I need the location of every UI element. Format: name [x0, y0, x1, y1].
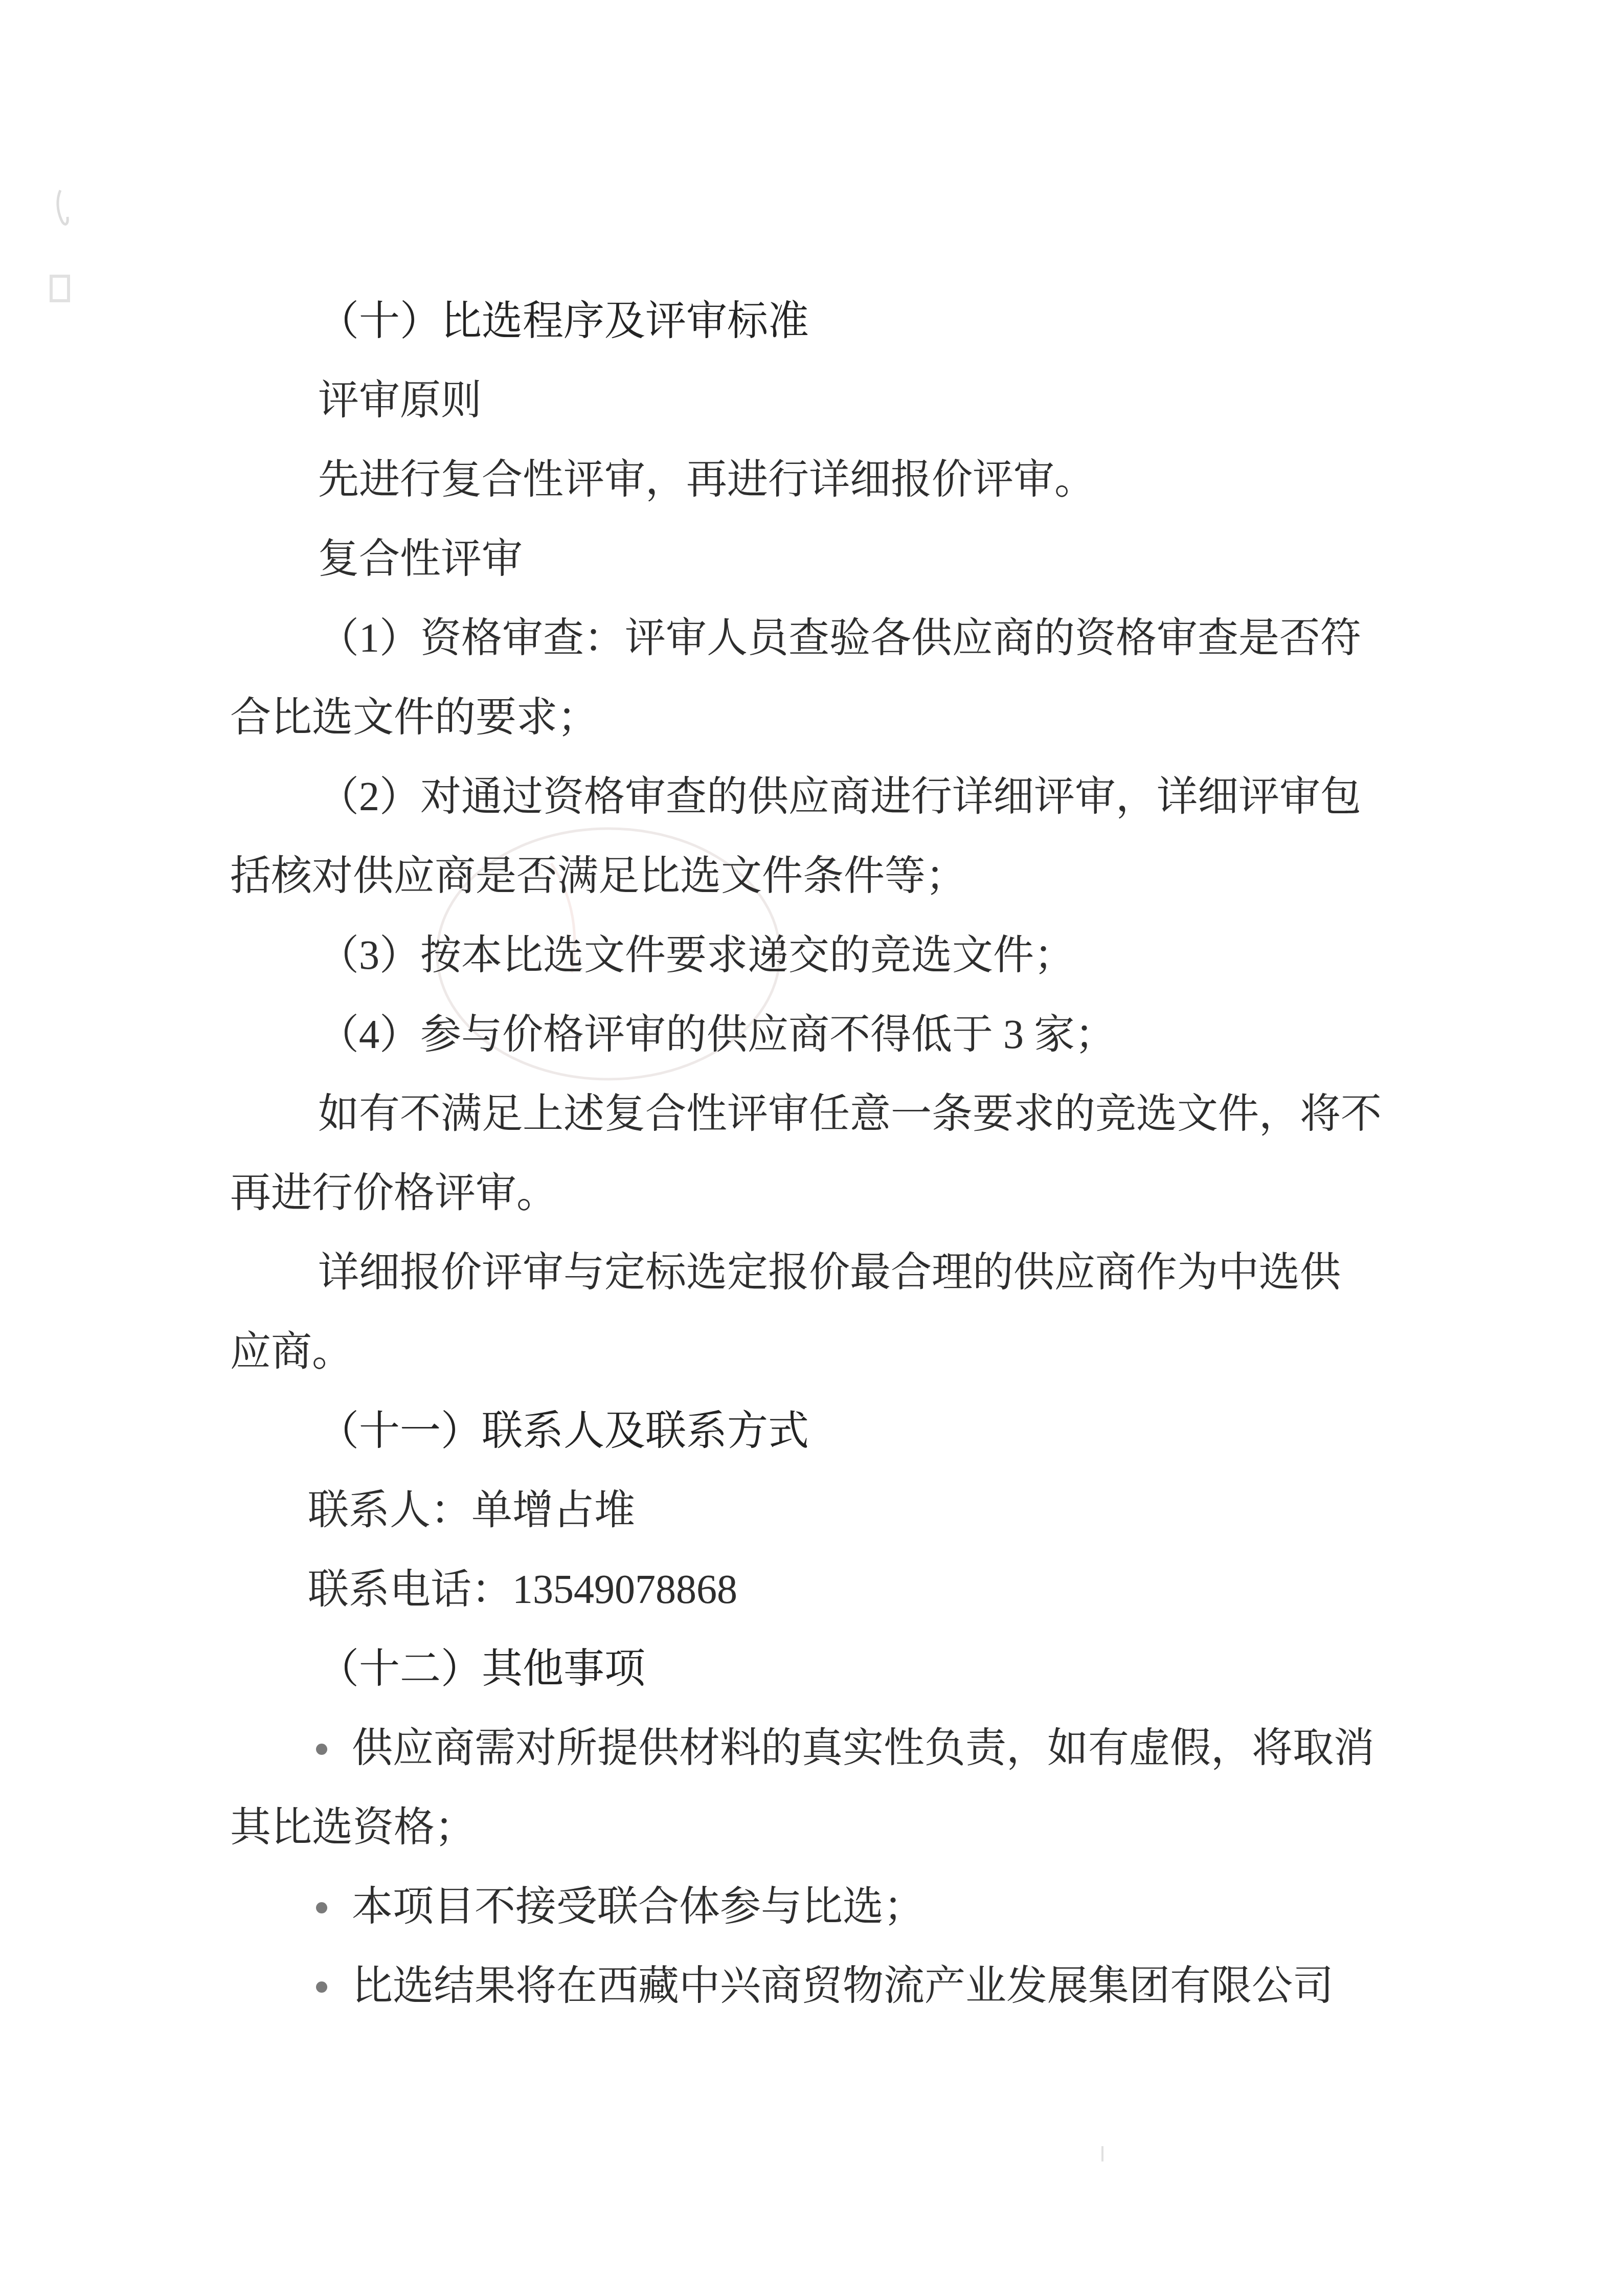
- section-heading-10: （十）比选程序及评审标准: [230, 282, 1508, 361]
- line-text: 括核对供应商是否满足比选文件条件等；: [230, 854, 966, 899]
- line-text: 合比选文件的要求；: [230, 695, 598, 740]
- document-line: （1）资格审查：评审人员查验各供应商的资格审查是否符: [230, 599, 1508, 678]
- line-text: 其比选资格；: [230, 1805, 476, 1850]
- document-line: 复合性评审: [230, 520, 1508, 599]
- stray-mark-rect: [51, 276, 69, 301]
- line-text: （十二）其他事项: [318, 1646, 645, 1691]
- document-line: （4）参与价格评审的供应商不得低于 3 家；: [230, 995, 1508, 1075]
- document-line: （2）对通过资格审查的供应商进行详细评审，详细评审包: [230, 757, 1508, 837]
- document-line: 其比选资格；: [230, 1788, 1508, 1867]
- document-line: 括核对供应商是否满足比选文件条件等；: [230, 837, 1508, 916]
- line-text: 先进行复合性评审，再进行详细报价评审。: [318, 457, 1095, 502]
- document-line: 联系人：单增占堆: [230, 1471, 1508, 1550]
- document-line: 本项目不接受联合体参与比选；: [230, 1867, 1508, 1947]
- bullet-icon: [316, 1981, 327, 1993]
- document-body: （十）比选程序及评审标准评审原则先进行复合性评审，再进行详细报价评审。复合性评审…: [230, 282, 1508, 2026]
- line-text: （2）对通过资格审查的供应商进行详细评审，详细评审包: [318, 774, 1361, 819]
- line-text: （1）资格审查：评审人员查验各供应商的资格审查是否符: [318, 616, 1361, 661]
- line-text: 如有不满足上述复合性评审任意一条要求的竞选文件，将不: [318, 1091, 1382, 1136]
- line-text: 供应商需对所提供材料的真实性负责，如有虚假，将取消: [352, 1726, 1374, 1771]
- bullet-icon: [316, 1744, 327, 1755]
- line-text: （十）比选程序及评审标准: [318, 299, 809, 344]
- line-text: 复合性评审: [318, 537, 523, 582]
- line-text: 详细报价评审与定标选定报价最合理的供应商作为中选供: [318, 1250, 1341, 1295]
- document-line: 合比选文件的要求；: [230, 678, 1508, 757]
- document-line: 联系电话：13549078868: [230, 1550, 1508, 1630]
- document-line: 先进行复合性评审，再进行详细报价评审。: [230, 440, 1508, 520]
- line-text: （4）参与价格评审的供应商不得低于 3 家；: [318, 1012, 1116, 1057]
- document-line: 如有不满足上述复合性评审任意一条要求的竞选文件，将不: [230, 1075, 1508, 1154]
- document-line: 比选结果将在西藏中兴商贸物流产业发展集团有限公司: [230, 1947, 1508, 2026]
- document-line: 详细报价评审与定标选定报价最合理的供应商作为中选供: [230, 1233, 1508, 1312]
- line-text: （3）按本比选文件要求递交的竞选文件；: [318, 933, 1075, 978]
- line-text: 本项目不接受联合体参与比选；: [352, 1884, 925, 1929]
- stray-mark-top: [58, 190, 67, 225]
- document-line: 评审原则: [230, 361, 1508, 440]
- document-line: 供应商需对所提供材料的真实性负责，如有虚假，将取消: [230, 1709, 1508, 1788]
- line-text: 再进行价格评审。: [230, 1171, 557, 1216]
- document-line: （3）按本比选文件要求递交的竞选文件；: [230, 916, 1508, 995]
- line-text: 评审原则: [318, 378, 482, 423]
- line-text: 应商。: [230, 1329, 353, 1374]
- bullet-icon: [316, 1902, 327, 1913]
- document-line: 应商。: [230, 1312, 1508, 1392]
- line-text: 联系人：单增占堆: [308, 1488, 635, 1533]
- line-text: （十一）联系人及联系方式: [318, 1409, 809, 1454]
- line-text: 比选结果将在西藏中兴商贸物流产业发展集团有限公司: [352, 1964, 1334, 2009]
- section-heading-12: （十二）其他事项: [230, 1630, 1508, 1709]
- scanned-page: （十）比选程序及评审标准评审原则先进行复合性评审，再进行详细报价评审。复合性评审…: [0, 0, 1623, 2296]
- section-heading-11: （十一）联系人及联系方式: [230, 1392, 1508, 1471]
- line-text: 联系电话：13549078868: [308, 1567, 737, 1612]
- document-line: 再进行价格评审。: [230, 1154, 1508, 1233]
